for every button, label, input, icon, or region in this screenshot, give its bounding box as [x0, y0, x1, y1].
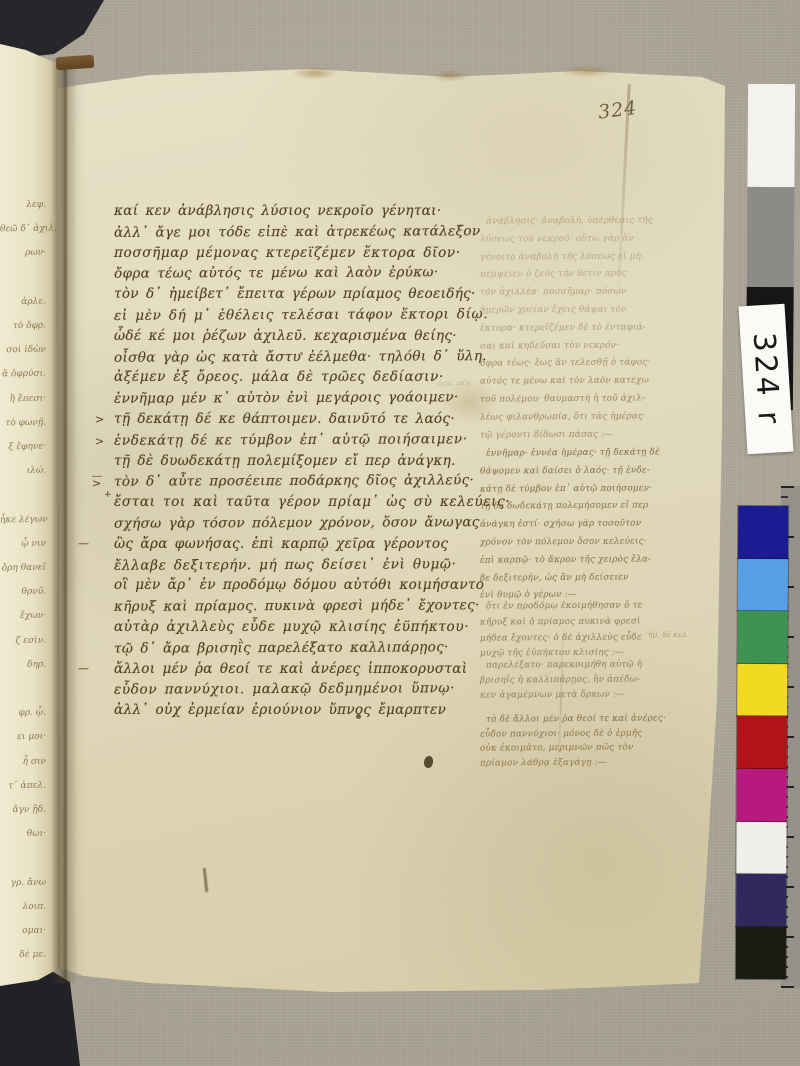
- scholion-line: μήδεα ἔχοντες· ὁ δὲ ἀχιλλεὺς εὗδε: [480, 632, 642, 643]
- edge-text-fragment: τὸ ὄφρ.: [0, 321, 46, 332]
- iliad-verse-line: τὸν δ᾽ αὖτε προσέειπε ποδάρκης δῖος ἀχιλ…: [114, 473, 474, 491]
- edge-text-fragment: φρ. ᾧ.: [0, 708, 46, 719]
- edge-text-fragment: ἢ ἔπεσι·: [0, 393, 46, 404]
- shelfmark-label: 324 r: [739, 304, 794, 455]
- scholion-line: θάψομεν καὶ δαίσει ὁ λαός· τῇ ἑνδε-: [480, 465, 650, 476]
- calibration-square-light-blue: [738, 558, 788, 611]
- edge-text-fragment: ζ εσὶν.: [0, 635, 46, 646]
- scholion-line: τῇ δὲ δωδεκάτῃ πολεμήσομεν εἴ περ: [480, 501, 648, 512]
- margin-mark-diple: >: [95, 413, 105, 426]
- scholion-line: βε δεξιτερήν, ὡς ἂν μὴ δείσειεν: [480, 572, 629, 583]
- scholion-line: αὐτός τε μένω καὶ τὸν λαὸν κατέχω: [480, 376, 649, 387]
- scholia-column: ἀνάβλησις· ἀναβολή, ὑπέρθεσις τῆςλύσεως …: [480, 0, 676, 1066]
- calibration-square-dark-blue: [738, 506, 788, 559]
- scholion-line: λέως φιλανθρωπία, ὅτι τὰς ἡμέρας: [480, 411, 643, 422]
- scholion-line: ἀνάγκη ἐστί· σχήσω γὰρ τοσοῦτον: [480, 519, 641, 530]
- main-text-block: καί κεν ἀνάβλησις λύσιος νεκροῖο γένηται…: [114, 0, 486, 1066]
- calibration-patch-gray: [747, 187, 795, 287]
- scholion-line: γένοιτο ἀναβολὴ τῆς λύσεως εἰ μὴ: [480, 251, 641, 262]
- edge-text-fragment: τὸ φωνῇ.: [0, 417, 46, 428]
- scholion-line: χρόνον τὸν πόλεμον ὅσον κελεύεις·: [480, 536, 647, 547]
- shelfmark-label-text: 324 r: [746, 331, 787, 427]
- iliad-verse-line: ποσσῆμαρ μέμονας κτερεϊζέμεν ἕκτορα δῖον…: [114, 245, 461, 261]
- edge-text-fragment: ἀρλε.: [0, 296, 46, 307]
- calibration-square-yellow: [737, 664, 787, 717]
- scholion-line: κάτῃ δὲ τύμβον ἐπ᾽ αὐτῷ ποιήσομεν·: [480, 483, 652, 494]
- scholion-line: πέμψειεν ὁ ζεὺς τὴν θέτιν πρὸς: [480, 269, 627, 280]
- edge-text-fragment: λοιπ.: [0, 901, 46, 912]
- margin-mark-dash: —: [78, 662, 88, 675]
- iliad-verse-line: κῆρυξ καὶ πρίαμος. πυκινὰ φρεσὶ μήδε᾽ ἔχ…: [114, 597, 480, 615]
- scholion-line: ἕκτορα· κτερεϊζέμεν δὲ τὸ ἐνταφιά-: [480, 322, 646, 333]
- edge-text-fragment: θρνῦ.: [0, 587, 46, 598]
- edge-text-fragment: θεῶ δ᾽ ἀχιλ.: [0, 224, 46, 235]
- iliad-verse-line: οἳ μὲν ἄρ᾽ ἐν προδόμῳ δόμου αὐτόθι κοιμή…: [114, 577, 484, 593]
- edge-text-fragment: ει μοι·: [0, 732, 46, 743]
- margin-mark-dash: —: [78, 537, 88, 550]
- scholion-line: τοῦ πολέμου· θαυμαστὴ ἡ τοῦ ἀχιλ-: [480, 393, 645, 404]
- scholion-line: ὅτι ἐν προδόμῳ ἐκοιμήθησαν ὅ τε: [486, 600, 643, 611]
- edge-text-fragment: ὄρη θανεῖ: [0, 563, 46, 574]
- scholion-line: παρελέξατο· παρεκοιμήθη αὐτῷ ἡ: [486, 659, 642, 670]
- scholion-line: οὐκ ἐκοιμᾶτο, μεριμνῶν πῶς τὸν: [480, 742, 634, 753]
- scholion-line: ὄφρα τέως· ἕως ἂν τελεσθῇ ὁ τάφος·: [480, 358, 651, 369]
- scholion-line: ἐννῆμαρ· ἐννέα ἡμέρας· τῇ δεκάτῃ δὲ: [486, 447, 660, 458]
- edge-text-fragment: ἔχων·: [0, 611, 46, 622]
- iliad-verse-line: εὗδον παννύχιοι. μαλακῷ δεδμημένοι ὕπνῳ·: [114, 681, 455, 698]
- edge-text-fragment: ἧκε λέγων: [0, 514, 46, 525]
- scholion-line: σαι καὶ κηδεῦσαι τὸν νεκρόν·: [480, 340, 619, 351]
- iliad-verse-line: οἶσθα γὰρ ὡς κατὰ ἄστυ ἐέλμεθα· τηλόθι δ…: [114, 348, 487, 366]
- iliad-verse-line: ἄλλοι μέν ῥα θεοί τε καὶ ἀνέρες ἱπποκορυ…: [114, 661, 467, 677]
- iliad-verse-line: καί κεν ἀνάβλησις λύσιος νεκροῖο γένηται…: [114, 203, 441, 219]
- edge-text-fragment: ᾧ νιν: [0, 538, 46, 549]
- iliad-verse-line: ἑνδεκάτῃ δέ κε τύμβον ἐπ᾽ αὐτῷ ποιήσαιμε…: [114, 431, 468, 449]
- iliad-verse-line: ἐννῆμαρ μέν κ᾽ αὐτὸν ἐνὶ μεγάροις γοάοιμ…: [114, 389, 459, 407]
- scholion-line: ἐνὶ θυμῷ ὁ γέρων :—: [480, 590, 577, 601]
- margin-mark-diple-bar: >: [92, 476, 102, 490]
- iliad-verse-line: αὐτὰρ ἀχιλλεὺς εὗδε μυχῷ κλισίης ἐϋπήκτο…: [114, 619, 469, 635]
- margin-mark-plus: +: [104, 490, 112, 500]
- iliad-verse-line: ὄφρα τέως αὐτός τε μένω καὶ λαὸν ἐρύκω·: [114, 265, 439, 282]
- calibration-patch-white: [747, 84, 795, 187]
- edge-text-fragment: ρων·: [0, 248, 46, 259]
- scholion-line: πρίαμον λάθρᾳ ἐξαγάγῃ :—: [480, 757, 607, 768]
- iliad-verse-line: ὧδέ κέ μοι ῥέζων ἀχιλεῦ. κεχαρισμένα θεί…: [114, 328, 457, 344]
- iliad-verse-line: ἀξέμεν ἐξ ὄρεος. μάλα δὲ τρῶες δεδίασιν·: [114, 369, 444, 385]
- facing-page-text-fragments: λεφ.θεῶ δ᾽ ἀχιλ.ρων·ἀρλε.τὸ ὄφρ.σοὶ ἰδὼν…: [0, 0, 60, 1066]
- edge-text-fragment: ομαι·: [0, 926, 46, 937]
- iliad-verse-line: τὸν δ᾽ ἠμείβετ᾽ ἔπειτα γέρων πρίαμος θεο…: [114, 286, 476, 302]
- scholion-line: ἡμερῶν χρείαν ἔχεις θάψαι τὸν: [480, 304, 627, 315]
- right-margin-gloss: ἡμ. δὲ κελ.: [648, 630, 689, 639]
- iliad-verse-line: ἔλλαβε δεξιτερήν. μή πως δείσει᾽ ἐνὶ θυμ…: [114, 556, 457, 573]
- iliad-verse-line: ἔσται τοι καὶ ταῦτα γέρον πρίαμ᾽ ὡς σὺ κ…: [114, 494, 510, 510]
- iliad-verse-line: τῷ δ᾽ ἄρα βρισηῒς παρελέξατο καλλιπάρῃος…: [114, 639, 449, 656]
- iliad-verse-line: ἀλλ᾽ ἄγε μοι τόδε εἰπὲ καὶ ἀτρεκέως κατά…: [114, 223, 480, 241]
- scholion-line: κῆρυξ καὶ ὁ πρίαμος πυκινὰ φρεσὶ: [480, 616, 641, 627]
- edge-text-fragment: λεφ.: [0, 200, 46, 211]
- scholion-line: λύσεως τοῦ νεκροῦ· οὕτω γὰρ ἂν: [480, 233, 634, 244]
- calibration-square-dark-purple: [736, 874, 786, 927]
- manuscript-photograph: λεφ.θεῶ δ᾽ ἀχιλ.ρων·ἀρλε.τὸ ὄφρ.σοὶ ἰδὼν…: [0, 0, 800, 1066]
- edge-text-fragment: τ᾽ ἀπελ.: [0, 780, 46, 791]
- scholion-line: τῷ γέροντι δίδωσι πάσας :—: [480, 429, 614, 440]
- edge-text-fragment: ἃ ὀφρύσι.: [0, 369, 46, 380]
- leather-tab: [56, 55, 95, 71]
- iliad-verse-line: σχήσω γὰρ τόσον πόλεμον χρόνον, ὅσον ἄνω…: [114, 514, 480, 532]
- color-calibration-squares: [736, 506, 788, 980]
- edge-text-fragment: γρ. ἄνω: [0, 877, 46, 888]
- iliad-verse-line: τῇ δεκάτῃ δέ κε θάπτοιμεν. δαινῦτό τε λα…: [114, 411, 455, 427]
- calibration-square-magenta: [737, 769, 787, 822]
- scholion-line: ἀνάβλησις· ἀναβολή, ὑπέρθεσις τῆς: [486, 215, 653, 226]
- iliad-verse-line: ἀλλ᾽ οὐχ ἑρμείαν ἐριούνιον ὕπνος ἔμαρπτε…: [114, 702, 446, 718]
- binding-gutter: [52, 58, 78, 983]
- edge-text-fragment: ιλώ.: [0, 466, 46, 477]
- edge-text-fragment: ἦ σιν: [0, 756, 46, 767]
- calibration-square-black-green: [736, 927, 786, 980]
- iliad-verse-line: τῇ δὲ δυωδεκάτῃ πολεμίξομεν εἴ περ ἀνάγκ…: [114, 453, 456, 469]
- scholion-line: τὸ δὲ ἄλλοι μέν ῥα θεοί τε καὶ ἀνέρες·: [486, 713, 666, 724]
- edge-text-fragment: ἄγν ᾔδ.: [0, 805, 46, 816]
- edge-text-fragment: σοὶ ἰδὼν: [0, 345, 46, 356]
- calibration-square-red: [737, 716, 787, 769]
- calibration-square-green: [737, 611, 787, 664]
- scholion-line: μυχῷ τῆς ἐϋπήκτου κλισίης :—: [480, 648, 624, 659]
- interlinear-gloss: ὁρμ. μέγ.: [438, 377, 473, 387]
- iliad-verse-line: ὣς ἄρα φωνήσας. ἐπὶ καρπῷ χεῖρα γέροντος…: [114, 536, 448, 552]
- edge-text-fragment: θωι·: [0, 829, 46, 840]
- margin-mark-diple: >: [95, 435, 105, 448]
- iliad-verse-line: εἰ μὲν δή μ᾽ ἐθέλεις τελέσαι τάφον ἕκτορ…: [114, 306, 488, 324]
- scholion-line: βρισηῒς ἡ καλλιπάρῃος, ἣν ἀπέδω-: [480, 674, 640, 685]
- calibration-square-white: [736, 821, 786, 874]
- scholion-line: κεν ἀγαμέμνων μετὰ ὅρκων :—: [480, 689, 625, 700]
- edge-text-fragment: ξ ἔφηνε·: [0, 442, 46, 453]
- scholion-line: ἐπὶ καρπῷ· τὸ ἄκρον τῆς χειρὸς ἔλα-: [480, 554, 651, 565]
- edge-text-fragment: δηρ.: [0, 659, 46, 670]
- edge-text-fragment: δέ με.: [0, 950, 46, 961]
- scholion-line: τὸν ἀχιλλέα· ποσσῆμαρ· πόσων: [480, 287, 626, 298]
- scholion-line: εὗδον παννύχιοι· μόνος δὲ ὁ ἑρμῆς: [480, 728, 642, 739]
